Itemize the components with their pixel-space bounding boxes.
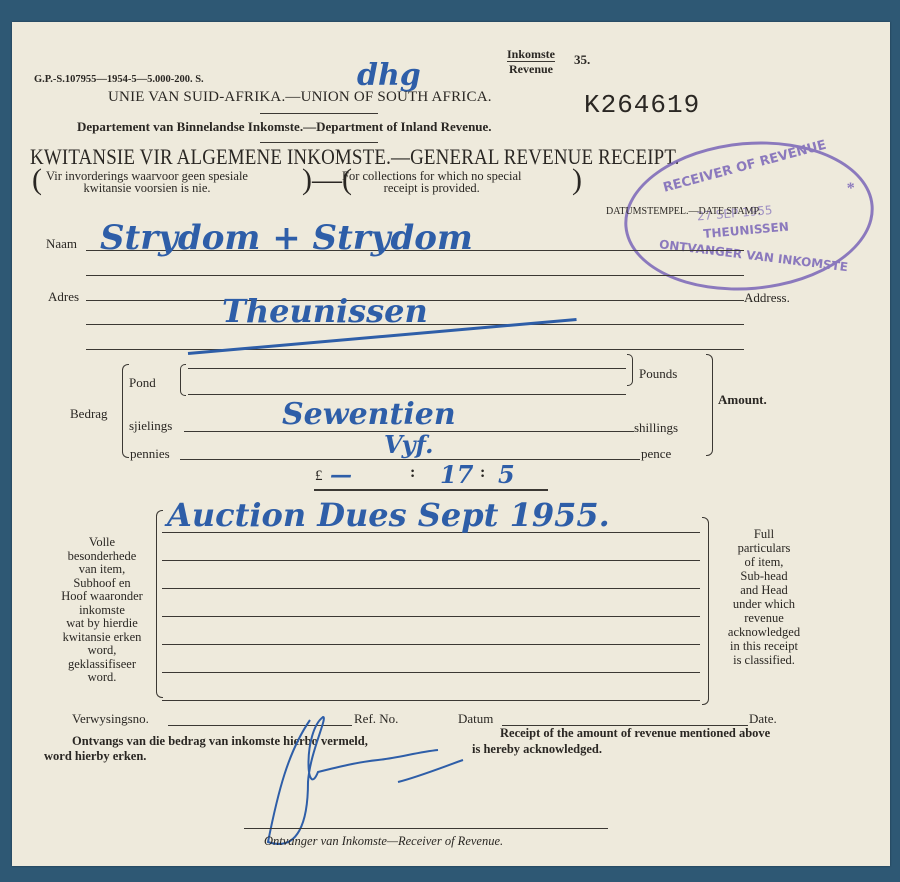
ack-af-line-2: word hierby erken.: [44, 749, 146, 764]
asterisk-icon: *: [846, 180, 856, 199]
name-value: Strydom + Strydom: [100, 218, 473, 258]
name-label: Naam: [46, 236, 77, 252]
stamp-place: THEUNISSEN: [703, 220, 790, 241]
stamp-top-text: RECEIVER OF REVENUE: [662, 138, 828, 196]
text-line: Sub-head: [706, 569, 822, 583]
ack-en-line-1: Receipt of the amount of revenue mention…: [500, 726, 770, 741]
form-type-bottom: Revenue: [507, 62, 555, 76]
particulars-line[interactable]: [162, 616, 700, 617]
total-pounds: —: [330, 462, 352, 488]
text-line: besonderhede: [42, 550, 162, 564]
country-line: UNIE VAN SUID-AFRIKA.—UNION OF SOUTH AFR…: [108, 89, 492, 106]
text-line: kwitansie erken: [42, 631, 162, 645]
pounds-label-en: Pounds: [639, 366, 677, 382]
text-line: Full: [706, 527, 822, 541]
date-label-en: Date.: [749, 711, 777, 727]
form-number: 35.: [574, 52, 590, 68]
paren: ): [572, 165, 582, 195]
amount-brace-left: [122, 364, 129, 458]
subtitle-en: For collections for which no special rec…: [342, 170, 521, 194]
pounds-label-af: Pond: [129, 375, 156, 391]
shillings-label-af: sjielings: [129, 418, 172, 434]
shillings-label-en: shillings: [634, 420, 678, 436]
address-label-af: Adres: [48, 289, 79, 305]
text-line: revenue: [706, 611, 822, 625]
subtitle-en-line: receipt is provided.: [342, 182, 521, 194]
pence-value: Vyf.: [384, 430, 433, 459]
address-line-3[interactable]: [86, 349, 744, 350]
text-line: acknowledged: [706, 625, 822, 639]
particulars-line[interactable]: [162, 700, 700, 701]
particulars-line[interactable]: [162, 672, 700, 673]
particulars-label-en: Full particulars of item, Sub-head and H…: [706, 527, 822, 667]
text-line: word.: [42, 671, 162, 685]
revenue-receipt-form: G.P.-S.107955—1954-5—5.000-200. S. dhg I…: [12, 22, 890, 866]
address-label-en: Address.: [744, 290, 790, 306]
date-stamp-label: DATUMSTEMPEL.—DATE STAMP.: [606, 206, 761, 217]
text-line: Hoof waaronder: [42, 590, 162, 604]
particulars-label-af: Volle besonderhede van item, Subhoof en …: [42, 536, 162, 685]
amount-label-af: Bedrag: [70, 406, 108, 422]
ref-label-af: Verwysingsno.: [72, 711, 149, 727]
divider: [260, 113, 378, 114]
total-line[interactable]: [314, 489, 548, 491]
handwritten-initials: dhg: [357, 58, 421, 93]
shillings-value: Sewentien: [282, 397, 456, 432]
ack-en-line-2: is hereby acknowledged.: [472, 742, 602, 757]
form-type-top: Inkomste: [507, 47, 555, 62]
signature-line[interactable]: [244, 828, 608, 829]
text-line: under which: [706, 597, 822, 611]
particulars-line[interactable]: [162, 644, 700, 645]
text-line: inkomste: [42, 604, 162, 618]
separator: :: [410, 464, 415, 482]
particulars-value: Auction Dues Sept 1955.: [167, 496, 610, 534]
pounds-brace-right: [627, 354, 633, 386]
address-value: Theunissen: [222, 292, 428, 330]
text-line: is classified.: [706, 653, 822, 667]
text-line: particulars: [706, 541, 822, 555]
text-line: van item,: [42, 563, 162, 577]
department-line: Departement van Binnelandse Inkomste.—De…: [77, 119, 492, 135]
text-line: Volle: [42, 536, 162, 550]
signature-caption: Ontvanger van Inkomste—Receiver of Reven…: [264, 834, 503, 849]
form-title: KWITANSIE VIR ALGEMENE INKOMSTE.—GENERAL…: [30, 144, 680, 170]
subtitle-af-line: kwitansie voorsien is nie.: [46, 182, 248, 194]
amount-label-en: Amount.: [718, 392, 767, 408]
separator: :: [480, 464, 485, 482]
total-pence: 5: [498, 460, 515, 489]
pounds-brace-left: [180, 364, 186, 396]
text-line: of item,: [706, 555, 822, 569]
print-code: G.P.-S.107955—1954-5—5.000-200. S.: [34, 74, 204, 85]
text-line: word,: [42, 644, 162, 658]
serial-number: K264619: [584, 90, 700, 120]
pence-label-af: pennies: [130, 446, 170, 462]
total-shillings: 17: [440, 460, 473, 489]
form-type: Inkomste Revenue: [507, 47, 555, 76]
text-line: geklassifiseer: [42, 658, 162, 672]
text-line: wat by hierdie: [42, 617, 162, 631]
amount-brace-right: [706, 354, 713, 456]
particulars-brace-left: [156, 510, 163, 698]
text-line: Subhoof en: [42, 577, 162, 591]
stamp-bottom-text: ONTVANGER VAN INKOMSTE: [658, 237, 848, 274]
name-line-2[interactable]: [86, 275, 744, 276]
pounds-line[interactable]: [188, 368, 626, 369]
text-line: and Head: [706, 583, 822, 597]
pence-label-en: pence: [641, 446, 671, 462]
paren: (: [32, 165, 42, 195]
divider: [260, 142, 378, 143]
pence-line[interactable]: [180, 459, 640, 460]
pounds-line-2[interactable]: [188, 394, 626, 395]
currency-symbol: £: [315, 468, 323, 485]
particulars-line[interactable]: [162, 560, 700, 561]
subtitle-af: Vir invorderings waarvoor geen spesiale …: [46, 170, 248, 194]
text-line: in this receipt: [706, 639, 822, 653]
particulars-line[interactable]: [162, 588, 700, 589]
